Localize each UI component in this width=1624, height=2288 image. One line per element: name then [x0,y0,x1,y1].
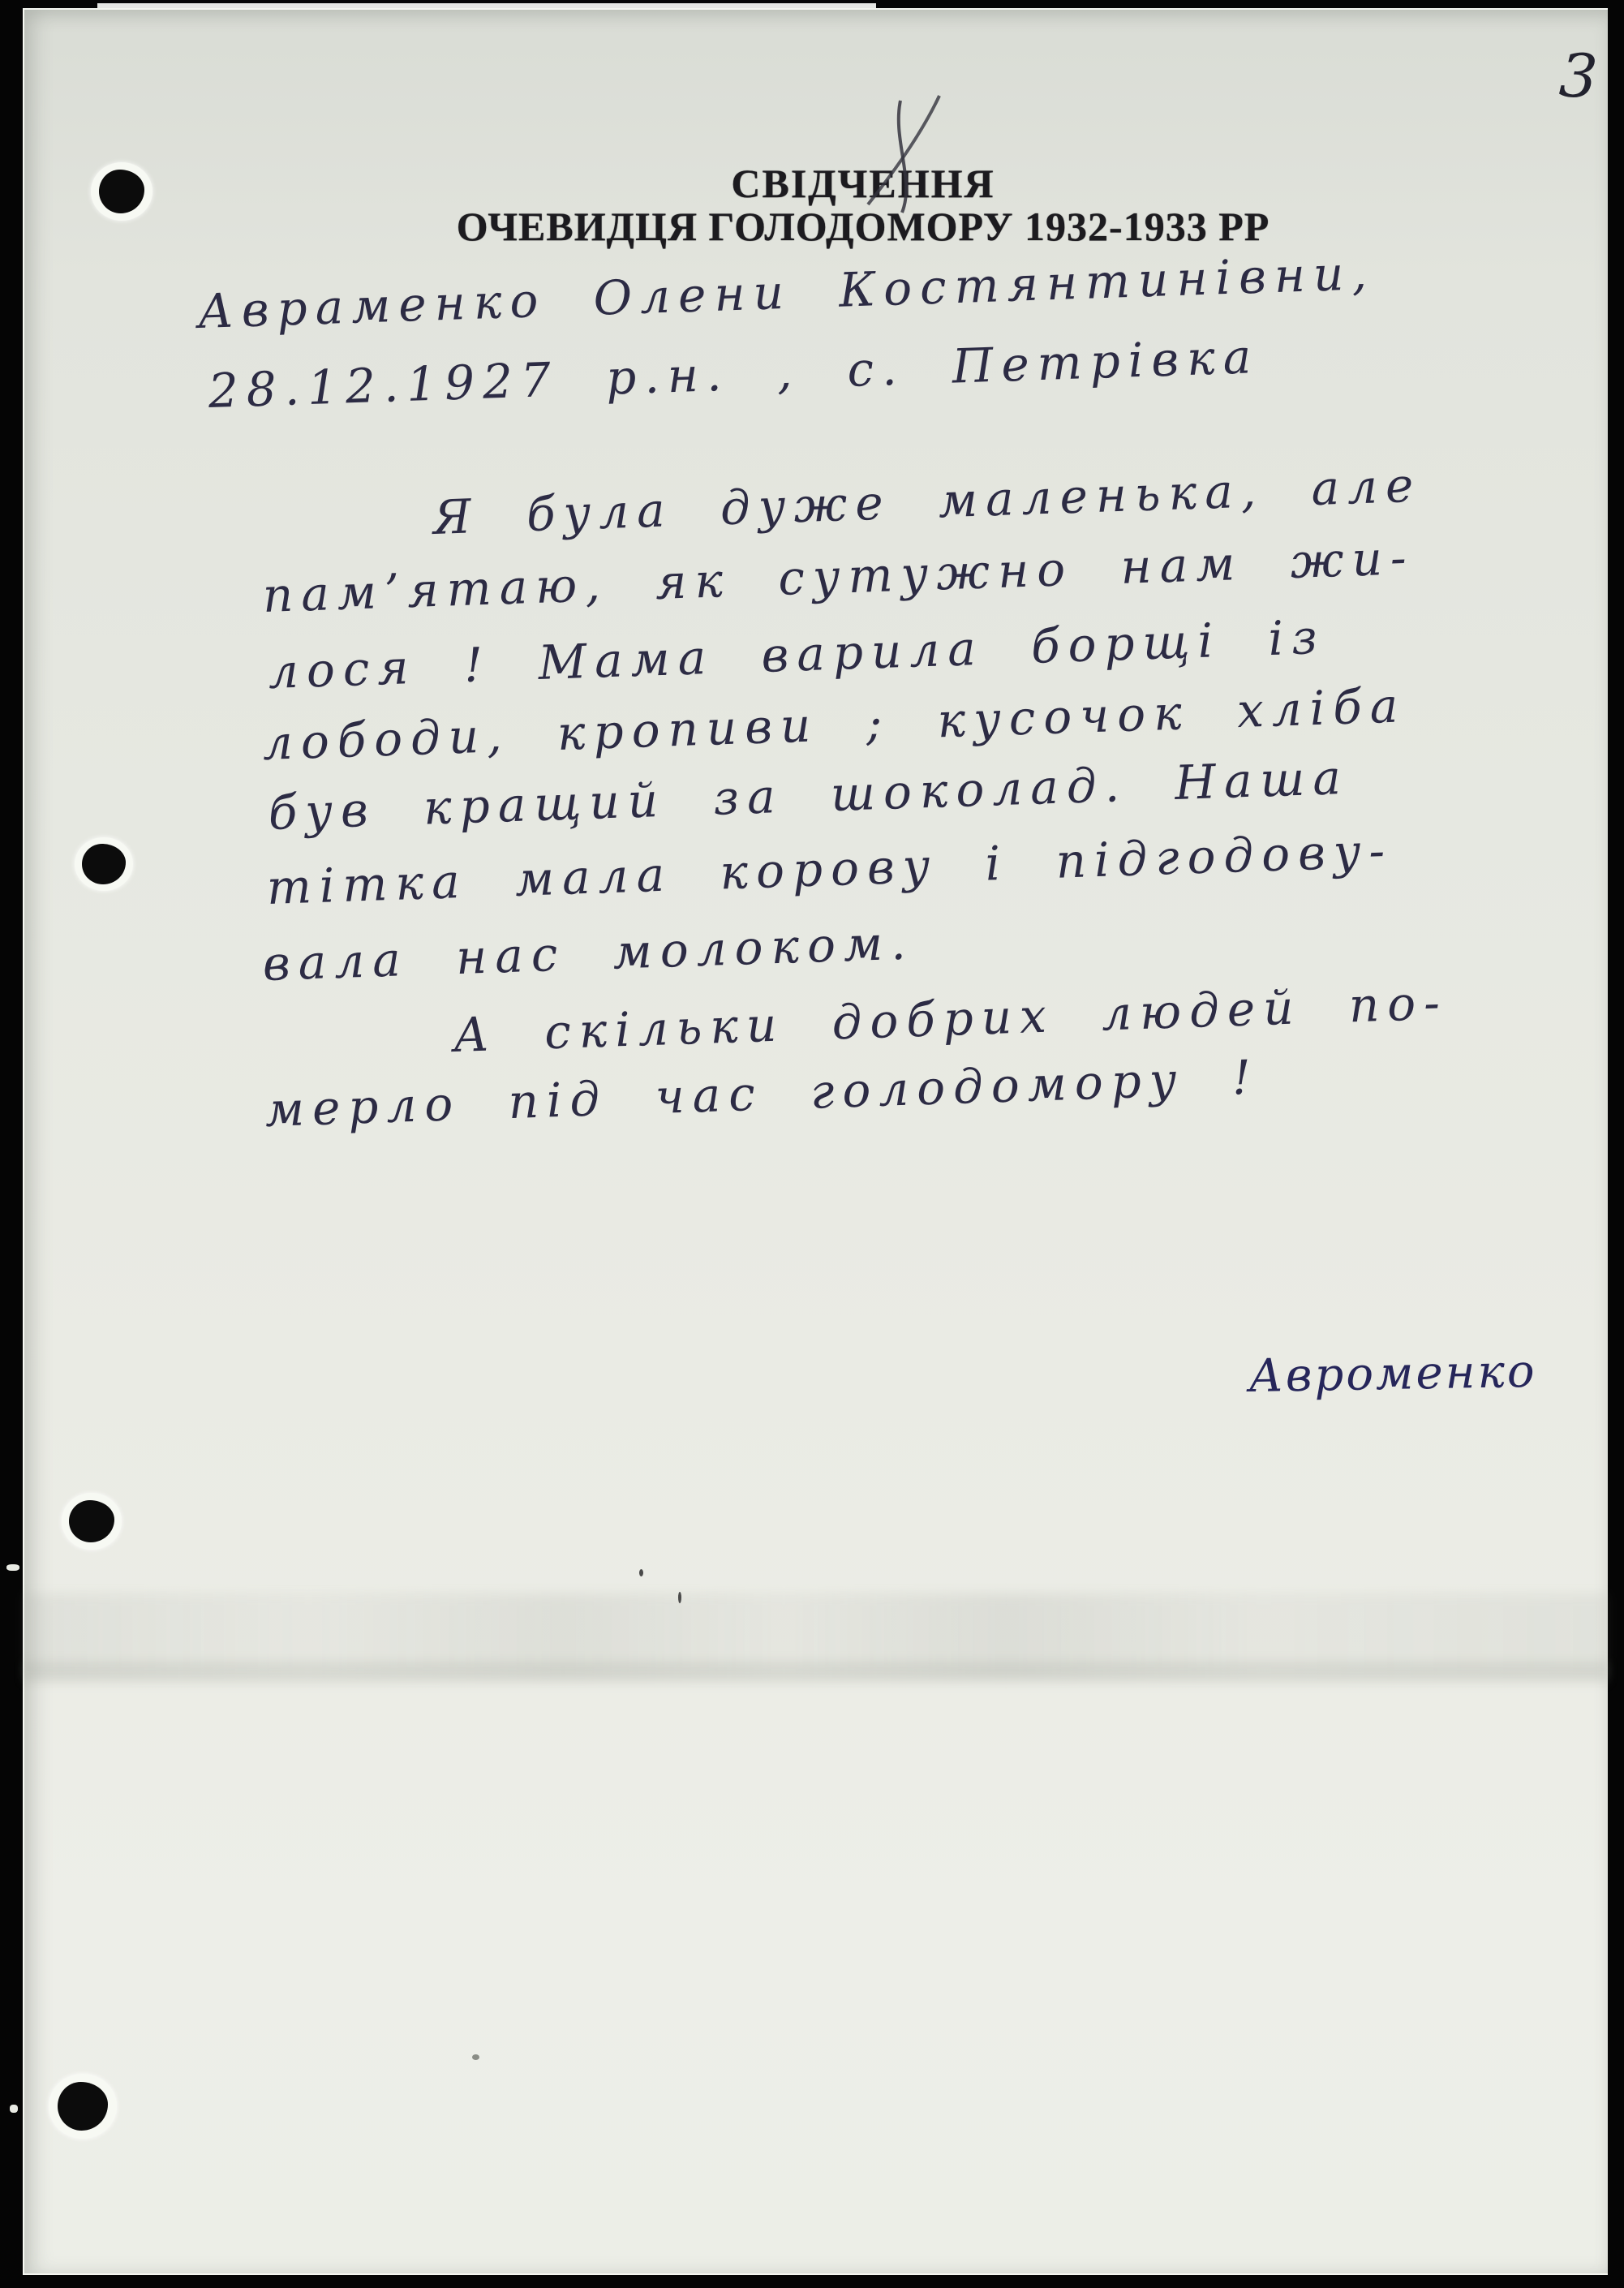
testimony-line: 28.12.1927 р.н. , с. Петрівка [208,329,1260,419]
scan-speck [472,2054,479,2060]
scanned-document-page: 3 СВІДЧЕННЯ ОЧЕВИДЦЯ ГОЛОДОМОРУ 1932-193… [0,0,1624,2288]
testimony-line: вала нас молоком. [262,914,915,991]
hole-punch-pit [69,1500,114,1542]
scan-ghost-band [24,1662,1608,1683]
testimony-line: Я була дуже маленька, але [432,458,1423,545]
scan-speck [678,1592,681,1603]
document-header: СВІДЧЕННЯ ОЧЕВИДЦЯ ГОЛОДОМОРУ 1932-1933 … [71,162,1624,248]
scan-edge-notch [10,2105,18,2113]
hole-punch-pit [99,170,144,213]
testimony-line: тітка мала корову і підгодову- [266,823,1394,915]
hole-punch [62,1493,122,1550]
scan-speck [639,1569,643,1576]
title-line-2: ОЧЕВИДЦЯ ГОЛОДОМОРУ 1932-1933 РР [71,204,1624,248]
title-line-1: СВІДЧЕННЯ [71,162,1624,204]
hole-punch-pit [58,2082,108,2131]
page-number: 3 [1557,41,1600,112]
testimony-line: мерло під час голодомору ! [264,1049,1260,1138]
paper-sheet: 3 СВІДЧЕННЯ ОЧЕВИДЦЯ ГОЛОДОМОРУ 1932-193… [23,8,1608,2275]
testimony-line: А скільки добрих людей по- [453,974,1449,1063]
signature: Авроменко [1248,1345,1537,1403]
testimony-line: Авраменко Олени Костянтинівни, [197,245,1376,339]
scan-edge-notch [6,1564,19,1571]
hole-punch [75,837,133,891]
hole-punch [49,2074,117,2139]
hole-punch-pit [82,844,126,884]
hole-punch [91,162,153,221]
